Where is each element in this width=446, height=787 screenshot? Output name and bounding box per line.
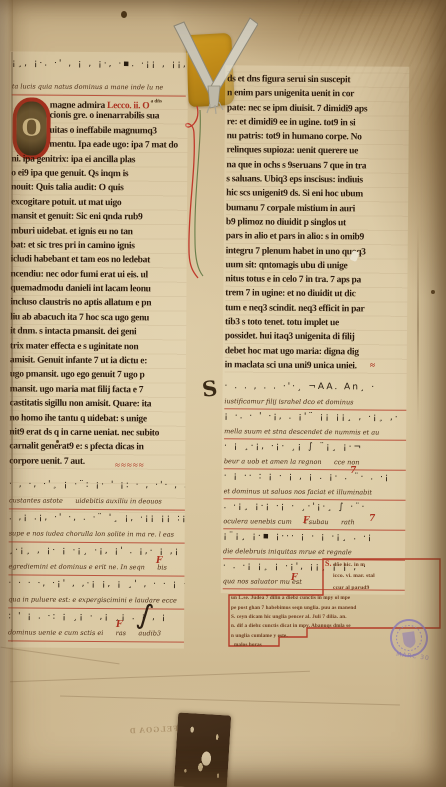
red-box-line: un L.se. Judea 7 dilin a diebz cunctis i… xyxy=(231,594,444,603)
red-box-line: ccur al parud9 xyxy=(333,583,444,594)
text-line: trem 7 in ugine: et no diuidit ut dic xyxy=(225,287,407,303)
text-line: it dnm. s intacta pmansit. dei geni xyxy=(10,325,186,341)
text-line: excogitare potuit. ut mat uigo xyxy=(11,195,187,211)
red-box-line: malos horas xyxy=(234,641,294,650)
text-line: hic scs unigenit9 ds. Si eni hoc ubum xyxy=(226,187,408,203)
red-cue-mark: F xyxy=(156,556,162,566)
marginal-annotation: a dñs xyxy=(149,99,162,104)
red-box-line: pe post ghan 7 habebimus seqn unglia. pu… xyxy=(231,604,444,613)
neume-line: · , ·, ·'¸ ¡ ·¨: ¡· ' ¡: · , ·'· , . ·¡ … xyxy=(9,476,185,496)
text-line: mansit et genuit: Sic eni qnda rub9 xyxy=(11,210,187,226)
wrinkle-line xyxy=(1,647,120,665)
chant-lyrics: dominus uenie e cum sctis ei ras audib3 xyxy=(8,627,184,642)
show-through-text: FELGOA D xyxy=(98,724,178,737)
red-cue-mark: 7 xyxy=(350,466,356,476)
neume-line: . ·¡¸ ¡·¡ ·¡ · ¸·'¡·¸ ∫ ·¨· xyxy=(223,499,405,518)
chant-line: · . . , . . ·'·¸ ¬AA. An¸ · iustificamur… xyxy=(224,379,406,411)
text-line: cionis gre. o inenarrabilis sua xyxy=(50,109,188,124)
text-line: icludi habebant et tam eos no ledebat xyxy=(11,253,187,269)
ink-blot xyxy=(121,11,127,18)
text-line: n enim pars unigenita uenit in cor xyxy=(227,87,409,103)
text-line: nit9 erat ds q in carne ueniat. nec subi… xyxy=(9,425,185,441)
chant-line: · , ·, ·'¸ ¡ ·¨: ¡· ' ¡: · , ·'· , . ·¡ … xyxy=(9,476,185,510)
text-line: castitatis sigillu non amisit. Quare: it… xyxy=(10,397,186,413)
chant-line: ¡ ·. · ' ·¡, . ¡'¨ ¡¡ ¡¡¸ , ·¡¸ ,· mella… xyxy=(224,409,406,441)
chant-line: · · · ·, ·¡' , ,·¡ ¡, ¡ ¸' , · · ¡ · , ·… xyxy=(8,575,184,609)
text-line: s saluans. Ubiq3 eps inscisus: indiuis xyxy=(226,172,408,188)
text-line: bumanu 7 corpale mistium in auri xyxy=(226,201,408,217)
chant-line: · ¡ ·· : ¡ · ¡ , ¡ . ¡· . ¨· . ·¡ et dom… xyxy=(224,469,406,501)
text-line: no homo ihe tantu q uidebat: s unige xyxy=(9,411,185,427)
text-line: ugo pmansit. ugo ego genuit 7 ugo p xyxy=(10,368,186,384)
red-box-line: icco. vi. mar. stal xyxy=(333,571,444,582)
text-line: amisit. Genuit infante 7 ut ia dictu e: xyxy=(10,353,186,369)
text-line: quemadmodu danieli int lacam leonu xyxy=(10,281,186,297)
chant-line: . ,¡ .¡, ·' ·, . ·¨ '¸ ¡, ·¡¡ ¡¡ :¡¸ ¡·,… xyxy=(9,509,185,543)
text-line: uum sit: qntomagis ubu di unige xyxy=(226,258,408,274)
wrinkle-line xyxy=(60,696,400,706)
main-text-block: cionis gre. o inenarrabilis suauitas o i… xyxy=(9,109,188,470)
wrinkle-line xyxy=(10,671,310,682)
text-line: mburi uidebat. et ignis eu no tan xyxy=(11,224,187,240)
text-line: tum e neq3 scindit. neq3 efficit in par xyxy=(225,301,407,317)
chant-line: . ·¡¸ ¡·¡ ·¡ · ¸·'¡·¸ ∫ ·¨· oculera uene… xyxy=(223,499,405,531)
text-line: ds et dns figura serui sin suscepit xyxy=(227,72,409,88)
text-line: corpore uenit. 7 aut. xyxy=(9,454,185,470)
text-line: in maclata sci una uni9 unica uniei. xyxy=(225,358,407,374)
vertical-crease xyxy=(417,225,419,425)
text-line: pars in alio et pars in alio: s in omib9 xyxy=(226,229,408,245)
manuscript-leaf-photo: ¡¸, ¡·. ·' , ¡ , ¡·, ·▪. ·¡¡ , ¡¡, ·¡ ¡·… xyxy=(0,0,446,787)
neume-line: ¡¸, ¡·. ·' , ¡ , ¡·, ·▪. ·¡¡ , ¡¡, ·¡ ¡·… xyxy=(12,55,186,75)
decorated-initial-S: S xyxy=(201,375,219,401)
text-line: mentu. Ipa eade ugo: ipa 7 mat do xyxy=(49,138,187,153)
red-paragraph-mark: ≈ xyxy=(370,360,375,370)
text-line: nu patris: tot9 in humano corpe. No xyxy=(227,129,409,145)
neume-line: : ' ¡ . ·: ¡ ¸¡ · ,¡ ¸¡ . ¡ , ¡ xyxy=(8,608,184,628)
text-line: o ei9 ipa que genuit. Qs inqm is xyxy=(11,166,187,182)
neume-line: ¡¨¡¸ ¡·▪ ¡··· ¡ · ¡ ·¡¸ . ·¡ xyxy=(223,529,405,548)
chant-lyrics: qua in puluere est: e expergiscimini e l… xyxy=(8,594,184,609)
neume-line: . ,¡ .¡, ·' ·, . ·¨ '¸ ¡, ·¡¡ ¡¡ :¡¸ ¡·, xyxy=(9,509,185,529)
neume-line: · ¡ ·· : ¡ · ¡ , ¡ . ¡· . ¨· . ·¡ xyxy=(224,469,406,488)
text-line: ni. ipa genitrix: ipa ei ancilla plas xyxy=(11,152,187,168)
neume-line: · · · ·, ·¡' , ,·¡ ¡, ¡ ¸' , · · ¡ · , ·… xyxy=(8,575,184,595)
chant-line: · ¡ ¸·¡, ·¡· ¸¡ ∫ ¨¡¸ ¡·¬ beur a uob et … xyxy=(224,439,406,471)
rubric-filler-squiggle: ≈≈≈≈≈ xyxy=(115,460,145,470)
leather-tab xyxy=(174,712,231,787)
text-line: carnalit generat9 e: s pfecta dicas in xyxy=(9,440,185,456)
text-line: nouit: Quis talia audit: O quis xyxy=(11,181,187,197)
red-cue-mark: 7 xyxy=(369,514,375,524)
red-cue-mark: F xyxy=(116,620,122,630)
neume-line: · . . , . . ·'·¸ ¬AA. An¸ · xyxy=(224,379,406,398)
text-line: ncendiu: nec odor fumi erat ui eis. ul xyxy=(10,267,186,283)
stain-speck xyxy=(56,440,59,443)
text-line: re: et dimidi9 ee in ugine. tot9 in si xyxy=(227,115,409,131)
text-line: nitus totus e in celo 7 in tra. 7 aps pa xyxy=(225,272,407,288)
text-line: trix mater effecta e s uginitate non xyxy=(10,339,186,355)
text-line: na que in ochs s 9seruans 7 que in tra xyxy=(226,158,408,174)
text-line: relinques supioza: uenit querere ue xyxy=(227,144,409,160)
text-line: mansit. ugo maria mat filij facta e 7 xyxy=(10,382,186,398)
text-line: b9 plimoz no diuidit p singlos ut xyxy=(226,215,408,231)
text-line: bat: et sic tres pri in camino ignis xyxy=(11,238,187,254)
text-line: debet hoc mat ugo maria: digna dig xyxy=(225,344,407,360)
text-line: incluso claustris no aptis allatum e pn xyxy=(10,296,186,312)
text-line: integru 7 plenum habet in uno quoq3 xyxy=(226,244,408,260)
text-line: tib3 s toto tenet. totu implet ue xyxy=(225,315,407,331)
chant-line: : ' ¡ . ·: ¡ ¸¡ · ,¡ ¸¡ . ¡ , ¡ dominus … xyxy=(8,608,184,642)
chant-lyrics: supe e nos iudea chorulla lon solite in … xyxy=(9,528,185,543)
text-line: liu ab abacuch ita 7 hoc sca ugo genu xyxy=(10,310,186,326)
red-cue-mark: F xyxy=(303,516,309,526)
red-box-line: dñe hic. in m xyxy=(333,560,444,571)
text-line: uitas o ineffabile magnumq3 xyxy=(49,123,187,138)
main-text-block: ds et dns figura serui sin suscepitn eni… xyxy=(225,72,410,374)
stain-speck xyxy=(431,290,435,294)
neume-line: ¡ ·. · ' ·¡, . ¡'¨ ¡¡ ¡¡¸ , ·¡¸ ,· xyxy=(224,409,406,428)
text-line: possidet. hui itaq3 unigenita di filij xyxy=(225,330,407,346)
text-line: magne admira Lecco. ii. O a dñs xyxy=(50,95,188,110)
neume-line: · ¡ ¸·¡, ·¡· ¸¡ ∫ ¨¡¸ ¡·¬ xyxy=(224,439,406,458)
text-line: pate: nec se ipm diuisit. 7 dimidi9 aps xyxy=(227,101,409,117)
right-text-column: ds et dns figura serui sin suscepitn eni… xyxy=(223,65,410,597)
chant-lyrics: custantes astote uidebitis auxiliu in de… xyxy=(9,495,185,510)
red-box-line: n unglia cumlame y este. xyxy=(231,632,323,641)
